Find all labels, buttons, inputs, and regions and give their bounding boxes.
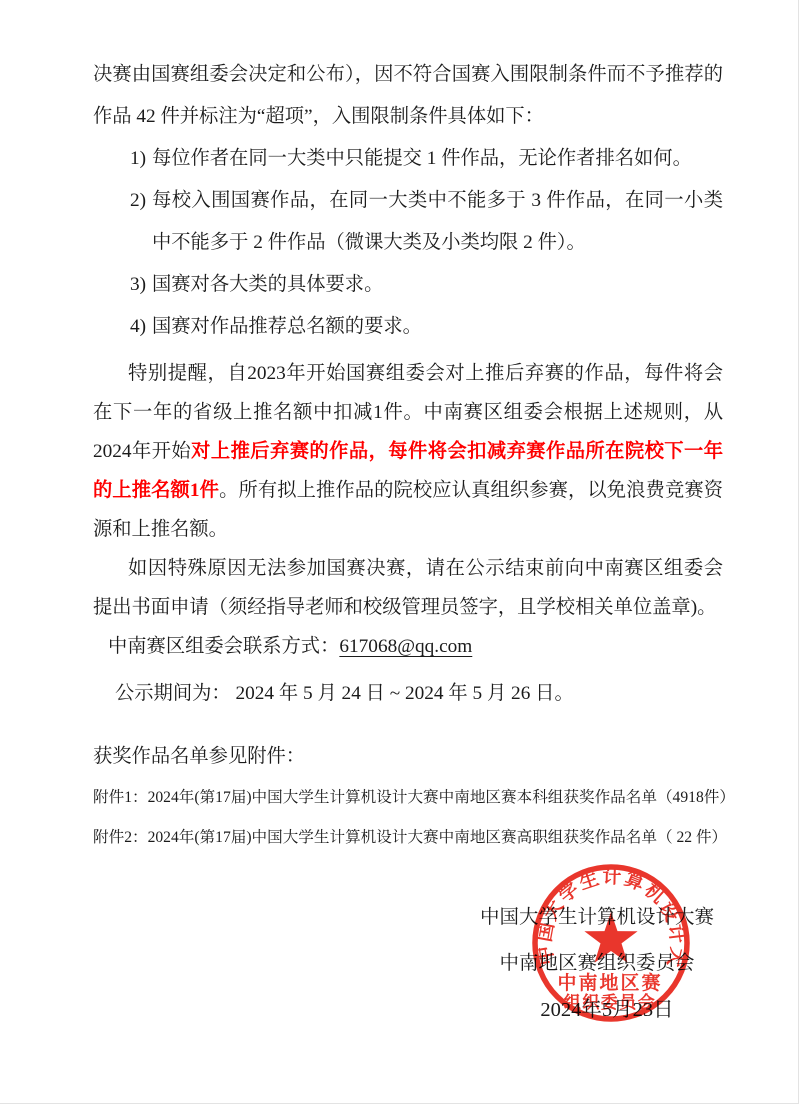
- attachment-text: 附件1：2024年(第17届)中国大学生计算机设计大赛中南地区赛本科组获奖作品名…: [93, 789, 735, 806]
- signature-org-line2: 中南地区赛组织委员会: [412, 941, 782, 987]
- rule-text: 每校入围国赛作品，在同一大类中不能多于 3 件作品，在同一小类中不能多于 2 件…: [152, 190, 723, 253]
- rule-number: 4): [130, 306, 146, 348]
- withdraw-text: 如因特殊原因无法参加国赛决赛，请在公示结束前向中南赛区组委会提出书面申请（须经指…: [93, 558, 723, 618]
- signature-org-line1: 中国大学生计算机设计大赛: [412, 895, 782, 941]
- contact-email-link[interactable]: 617068@qq.com: [339, 636, 472, 657]
- attachment-item-2: 附件2：2024年(第17届)中国大学生计算机设计大赛中南地区赛高职组获奖作品名…: [93, 819, 723, 856]
- publicity-period-line: 公示期间为： 2024 年 5 月 24 日 ~ 2024 年 5 月 26 日…: [93, 674, 723, 713]
- withdraw-paragraph: 如因特殊原因无法参加国赛决赛，请在公示结束前向中南赛区组委会提出书面申请（须经指…: [93, 549, 723, 627]
- signature-date: 2024年5月23日: [422, 987, 792, 1033]
- rule-text: 国赛对作品推荐总名额的要求。: [152, 316, 422, 337]
- document-page: 决赛由国赛组委会决定和公布），因不符合国赛入围限制条件而不予推荐的作品 42 件…: [0, 0, 799, 1104]
- rule-item-2: 2) 每校入围国赛作品，在同一大类中不能多于 3 件作品，在同一小类中不能多于 …: [93, 180, 723, 264]
- signature-block: 中国大学生计算机设计大赛 中南地区赛组织委员会 2024年5月23日: [412, 895, 782, 1033]
- reminder-paragraph: 特别提醒，自2023年开始国赛组委会对上推后弃赛的作品，每件将会在下一年的省级上…: [93, 354, 723, 549]
- rule-number: 2): [130, 180, 146, 222]
- contact-label: 中南赛区组委会联系方式：: [108, 636, 339, 657]
- document-body: 决赛由国赛组委会决定和公布），因不符合国赛入围限制条件而不予推荐的作品 42 件…: [93, 54, 723, 856]
- intro-text: 决赛由国赛组委会决定和公布），因不符合国赛入围限制条件而不予推荐的作品 42 件…: [93, 64, 723, 127]
- rule-item-3: 3) 国赛对各大类的具体要求。: [93, 264, 723, 306]
- rule-number: 1): [130, 138, 146, 180]
- rule-text: 国赛对各大类的具体要求。: [152, 274, 383, 295]
- intro-paragraph: 决赛由国赛组委会决定和公布），因不符合国赛入围限制条件而不予推荐的作品 42 件…: [93, 54, 723, 138]
- rule-number: 3): [130, 264, 146, 306]
- publicity-text: 公示期间为： 2024 年 5 月 24 日 ~ 2024 年 5 月 26 日…: [115, 683, 574, 704]
- rules-list: 1) 每位作者在同一大类中只能提交 1 件作品，无论作者排名如何。 2) 每校入…: [93, 138, 723, 348]
- attachments-intro-line: 获奖作品名单参见附件：: [93, 737, 723, 776]
- contact-line: 中南赛区组委会联系方式：617068@qq.com: [93, 627, 723, 666]
- attachment-text: 附件2：2024年(第17届)中国大学生计算机设计大赛中南地区赛高职组获奖作品名…: [93, 829, 727, 846]
- rule-item-4: 4) 国赛对作品推荐总名额的要求。: [93, 306, 723, 348]
- attachments-intro-text: 获奖作品名单参见附件：: [93, 746, 305, 767]
- rule-text: 每位作者在同一大类中只能提交 1 件作品，无论作者排名如何。: [152, 148, 692, 169]
- attachment-item-1: 附件1：2024年(第17届)中国大学生计算机设计大赛中南地区赛本科组获奖作品名…: [93, 779, 723, 816]
- rule-item-1: 1) 每位作者在同一大类中只能提交 1 件作品，无论作者排名如何。: [93, 138, 723, 180]
